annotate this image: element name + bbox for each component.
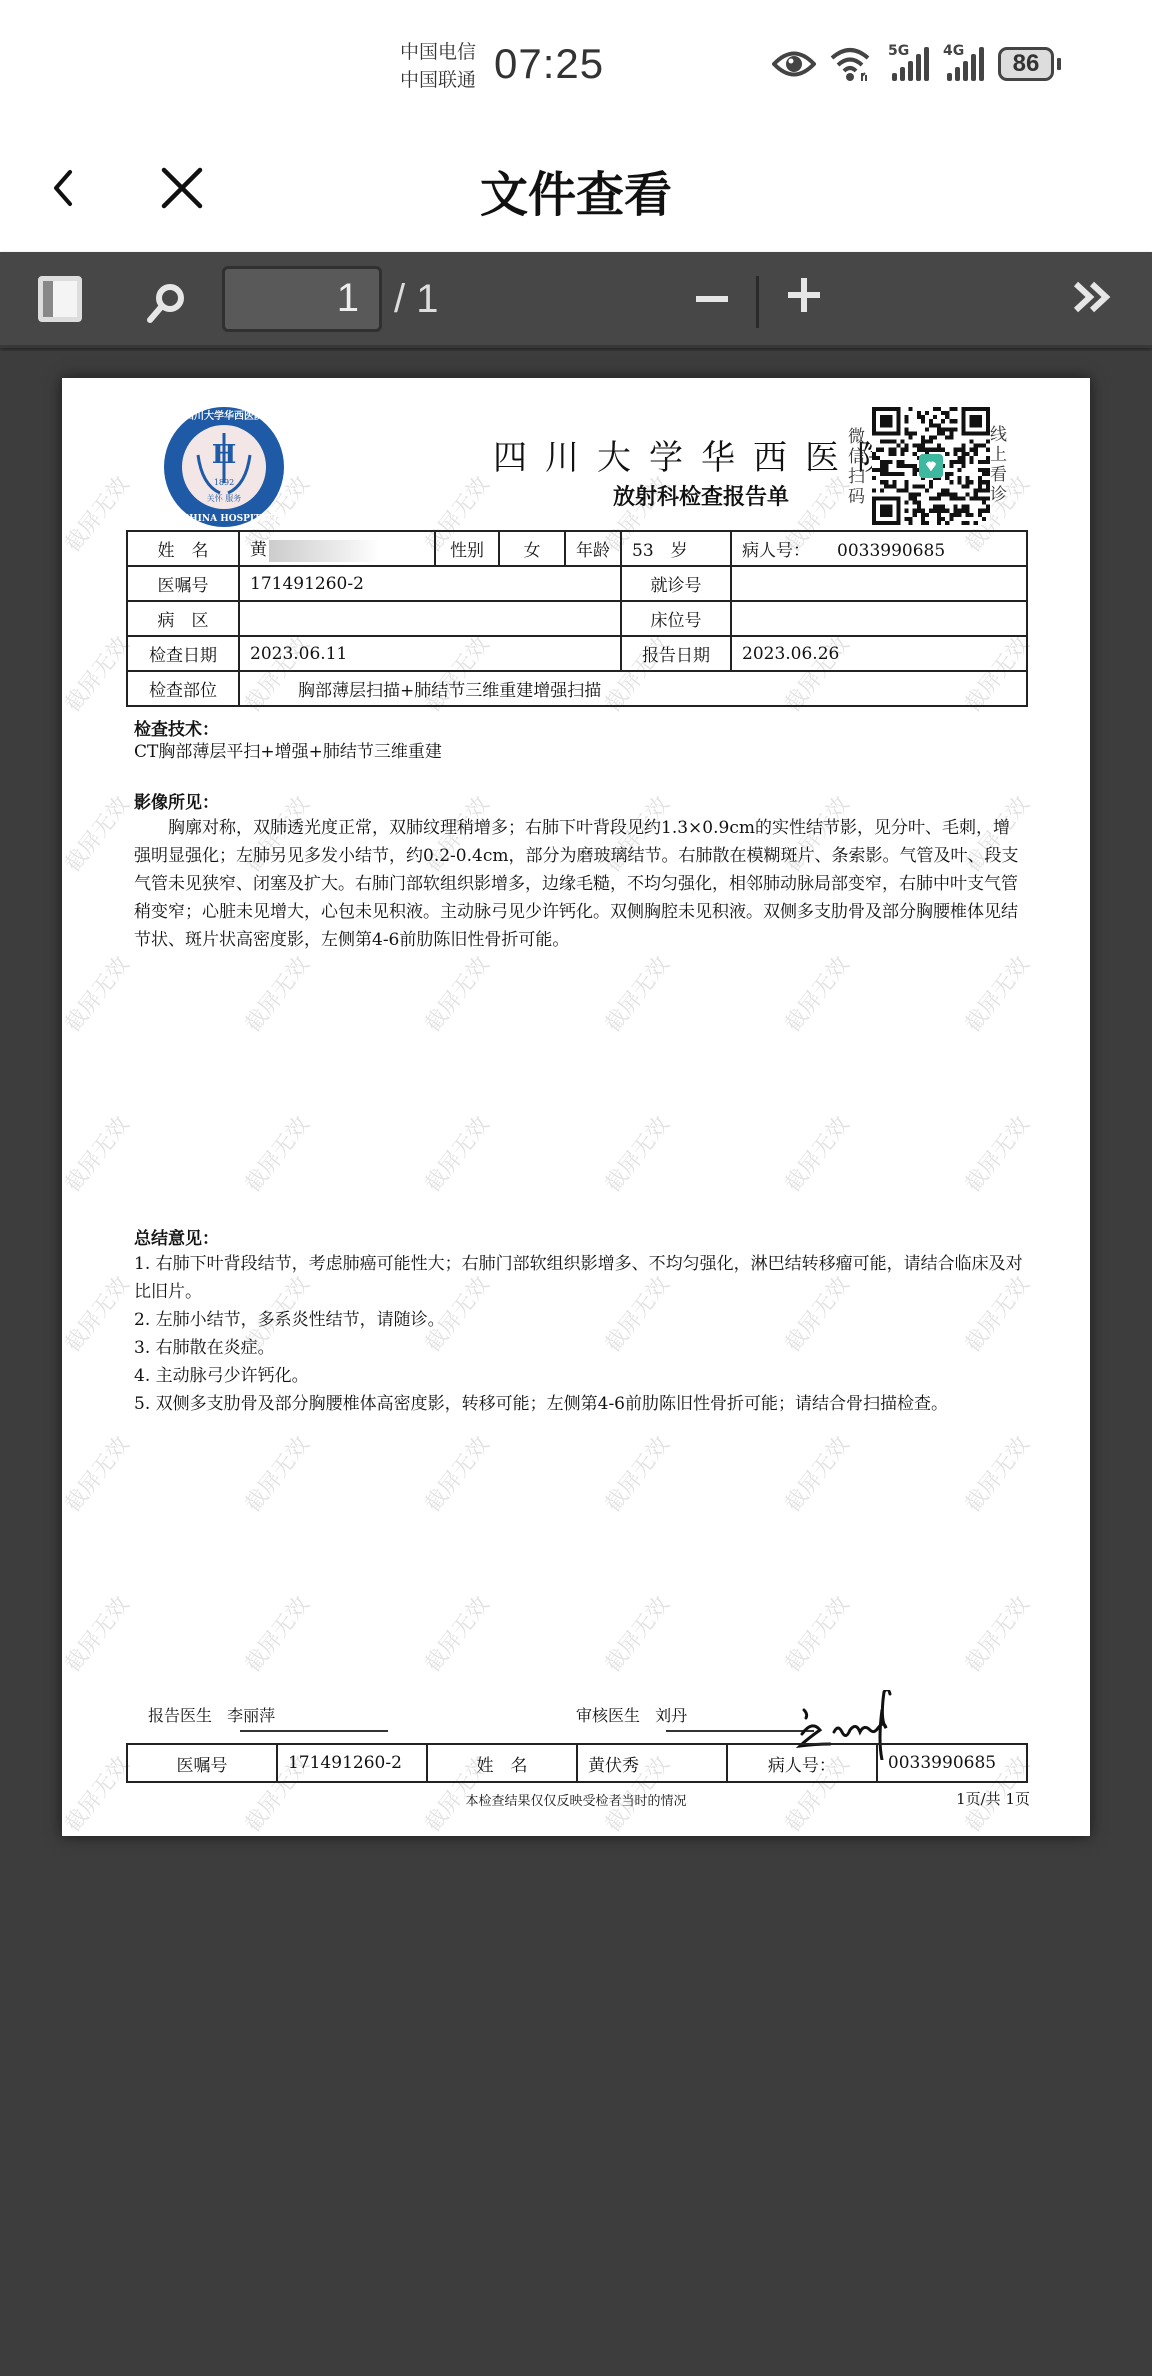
conclusion-item: 4. 主动脉弓少许钙化。 [134,1362,1024,1390]
table-row: 病 区 床位号 [127,601,1027,636]
watermark: 截屏无效 [62,629,135,717]
watermark: 截屏无效 [597,1589,676,1677]
visit-no-label: 就诊号 [621,566,731,601]
reporter-label: 报告医生 [148,1706,212,1725]
table-row: 检查部位 胸部薄层扫描+肺结节三维重建增强扫描 [127,671,1027,706]
sidebar-toggle-button[interactable] [38,276,82,322]
conclusion-item: 1. 右肺下叶背段结节，考虑肺癌可能性大；右肺门部软组织影增多、不均匀强化，淋巴… [134,1250,1024,1306]
page-title: 文件查看 [0,156,1152,225]
app-header: 文件查看 [0,120,1152,252]
conclusion-item: 3. 右肺散在炎症。 [134,1334,1024,1362]
exam-site-label: 检查部位 [127,671,239,706]
name-value: 黄 [239,531,435,566]
exam-site-value: 胸部薄层扫描+肺结节三维重建增强扫描 [239,671,1027,706]
carrier-1: 中国电信 [400,38,476,66]
conclusion-item: 5. 双侧多支肋骨及部分胸腰椎体高密度影，转移可能；左侧第4-6前肋陈旧性骨折可… [134,1390,1024,1418]
ward-value [239,601,621,636]
age-label: 年龄 [565,531,621,566]
zoom-in-button[interactable] [788,278,822,312]
technique-text: CT胸部薄层平扫+增强+肺结节三维重建 [134,738,1024,766]
clock: 07:25 [494,40,604,88]
watermark: 截屏无效 [957,949,1036,1037]
svg-text:四川大学华西医院: 四川大学华西医院 [184,409,264,422]
name-label: 姓 名 [127,531,239,566]
order-no-value: 171491260-2 [239,566,621,601]
status-bar: 中国电信 中国联通 07:25 5G 4G 86 [0,0,1152,120]
order-no-label: 医嘱号 [127,566,239,601]
zoom-out-button[interactable] [696,288,730,310]
table-row: 姓 名 黄 性别 女 年龄 53 岁 病人号： 0033990685 [127,531,1027,566]
redacted-name [269,540,379,562]
watermark: 截屏无效 [62,949,135,1037]
reviewer: 审核医生 刘丹 [576,1703,687,1726]
watermark: 截屏无效 [237,1589,316,1677]
reviewer-sign-line [666,1730,814,1732]
reviewer-label: 审核医生 [576,1706,640,1725]
pdf-toolbar: 1 / 1 [0,252,1152,348]
watermark: 截屏无效 [957,1109,1036,1197]
conclusion-heading: 总结意见： [134,1224,219,1249]
battery-icon: 86 [998,47,1061,81]
reporter: 报告医生 李丽萍 [148,1703,275,1726]
signal-5g-icon: 5G [888,47,929,81]
eye-comfort-icon [772,49,816,79]
table-row: 检查日期 2023.06.11 报告日期 2023.06.26 [127,636,1027,671]
watermark: 截屏无效 [237,1109,316,1197]
carrier-2: 中国联通 [400,66,476,94]
footer-name-value: 黄伏秀 [577,1744,727,1782]
footer-name-label: 姓 名 [427,1744,577,1782]
search-button[interactable] [140,278,190,328]
reporter-sign-line [240,1730,388,1732]
toolbar-divider [756,276,759,328]
double-chevron-right-icon [1070,272,1120,322]
carrier-names: 中国电信 中国联通 [400,38,476,94]
table-row: 医嘱号 171491260-2 就诊号 [127,566,1027,601]
page-number-input[interactable]: 1 [222,266,382,332]
watermark: 截屏无效 [62,1429,135,1517]
table-row: 医嘱号 171491260-2 姓 名 黄伏秀 病人号： 0033990685 [127,1744,1027,1782]
bed-no-label: 床位号 [621,601,731,636]
watermark: 截屏无效 [417,1589,496,1677]
watermark: 截屏无效 [597,1109,676,1197]
watermark: 截屏无效 [62,1269,135,1357]
page-total: / 1 [394,270,438,328]
footer-patient-no-value: 0033990685 [877,1744,1027,1782]
patient-no: 病人号： 0033990685 [731,531,1027,566]
wifi-icon [830,46,874,82]
exam-date-label: 检查日期 [127,636,239,671]
watermark: 截屏无效 [597,1429,676,1517]
qr-left-label: 微信扫码 [848,427,868,507]
qr-code-block: 微信扫码 线上看诊 [848,405,1008,527]
findings-text: 胸廓对称，双肺透光度正常，双肺纹理稍增多；右肺下叶背段见约1.3×0.9cm的实… [134,814,1024,954]
footer-order-no-value: 171491260-2 [277,1744,427,1782]
ward-label: 病 区 [127,601,239,636]
qr-code[interactable] [872,407,990,525]
watermark: 截屏无效 [597,949,676,1037]
watermark: 截屏无效 [777,949,856,1037]
battery-level: 86 [998,47,1054,81]
watermark: 截屏无效 [777,1429,856,1517]
reporter-name: 李丽萍 [227,1706,275,1725]
status-icons: 5G 4G 86 [772,44,1061,84]
qr-right-label: 线上看诊 [990,425,1010,505]
patient-info-table: 姓 名 黄 性别 女 年龄 53 岁 病人号： 0033990685 医嘱号 1… [126,530,1028,707]
watermark: 截屏无效 [417,1109,496,1197]
watermark: 截屏无效 [417,949,496,1037]
gender-label: 性别 [435,531,499,566]
watermark: 截屏无效 [417,1429,496,1517]
report-date-label: 报告日期 [621,636,731,671]
search-icon [140,278,190,328]
technique-heading: 检查技术： [134,715,219,740]
footer-patient-no-label: 病人号： [727,1744,877,1782]
disclaimer: 本检查结果仅仅反映受检者当时的情况 [62,1790,1090,1809]
more-tools-button[interactable] [1070,272,1120,322]
watermark: 截屏无效 [777,1109,856,1197]
bed-no-value [731,601,1027,636]
gender-value: 女 [499,531,565,566]
reviewer-name: 刘丹 [655,1706,687,1725]
watermark: 截屏无效 [62,1589,135,1677]
findings-heading: 影像所见： [134,788,219,813]
svg-text:WEST CHINA HOSPITAL, S.U.: WEST CHINA HOSPITAL, S.U. [162,514,286,524]
watermark: 截屏无效 [62,1109,135,1197]
report-date-value: 2023.06.26 [731,636,1027,671]
watermark: 截屏无效 [957,1589,1036,1677]
watermark: 截屏无效 [237,1429,316,1517]
footer-order-no-label: 医嘱号 [127,1744,277,1782]
signal-4g-icon: 4G [943,47,984,81]
watermark: 截屏无效 [237,949,316,1037]
document-viewer[interactable]: 截屏无效截屏无效截屏无效截屏无效截屏无效截屏无效截屏无效截屏无效截屏无效截屏无效… [0,351,1152,2376]
conclusion-list: 1. 右肺下叶背段结节，考虑肺癌可能性大；右肺门部软组织影增多、不均匀强化，淋巴… [134,1250,1024,1418]
watermark: 截屏无效 [62,789,135,877]
visit-no-value [731,566,1027,601]
watermark: 截屏无效 [777,1589,856,1677]
pdf-page: 截屏无效截屏无效截屏无效截屏无效截屏无效截屏无效截屏无效截屏无效截屏无效截屏无效… [62,378,1090,1836]
conclusion-item: 2. 左肺小结节，多系炎性结节，请随诊。 [134,1306,1024,1334]
exam-date-value: 2023.06.11 [239,636,621,671]
watermark: 截屏无效 [957,1429,1036,1517]
footer-table: 医嘱号 171491260-2 姓 名 黄伏秀 病人号： 0033990685 [126,1743,1028,1783]
page-info: 1页/共 1页 [956,1788,1030,1809]
age-value: 53 岁 [621,531,731,566]
